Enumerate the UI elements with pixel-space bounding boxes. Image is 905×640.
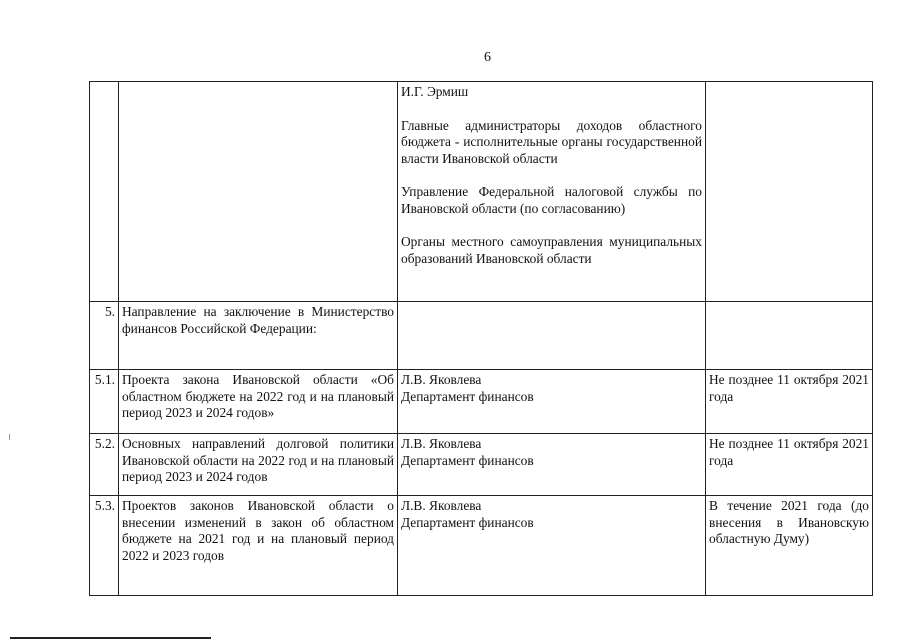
responsible-person: Л.В. Яковлева <box>401 372 702 389</box>
responsible-cell: Л.В. Яковлева Департамент финансов <box>398 370 706 434</box>
responsible-person: И.Г. Эрмиш <box>401 84 702 101</box>
responsible-cell: Л.В. Яковлева Департамент финансов <box>398 434 706 496</box>
responsible-organization: Управление Федеральной налоговой службы … <box>401 184 702 217</box>
row-number-cell: 5. <box>90 302 119 370</box>
term-cell <box>706 82 873 302</box>
term-cell: Не позднее 11 октября 2021 года <box>706 434 873 496</box>
term-cell: В течение 2021 года (до внесения в Ивано… <box>706 496 873 596</box>
term-cell <box>706 302 873 370</box>
responsible-cell <box>398 302 706 370</box>
row-number-cell: 5.2. <box>90 434 119 496</box>
event-cell: Направление на заключение в Министерство… <box>119 302 398 370</box>
event-cell: Основных направлений долговой политики И… <box>119 434 398 496</box>
event-cell <box>119 82 398 302</box>
event-cell: Проектов законов Ивановской области о вн… <box>119 496 398 596</box>
responsible-department: Департамент финансов <box>401 453 702 470</box>
responsible-person: Л.В. Яковлева <box>401 498 702 515</box>
responsible-department: Департамент финансов <box>401 389 702 406</box>
responsible-person: Л.В. Яковлева <box>401 436 702 453</box>
table-row: 5. Направление на заключение в Министерс… <box>90 302 873 370</box>
responsible-cell: Л.В. Яковлева Департамент финансов <box>398 496 706 596</box>
responsible-organization: Органы местного самоуправления муниципал… <box>401 234 702 267</box>
page-number: 6 <box>0 50 905 66</box>
table-row: 5.1. Проекта закона Ивановской области «… <box>90 370 873 434</box>
row-number-cell: 5.1. <box>90 370 119 434</box>
scan-artifact <box>9 434 10 440</box>
row-number-cell <box>90 82 119 302</box>
table-row: 5.2. Основных направлений долговой полит… <box>90 434 873 496</box>
footnote-separator <box>10 637 211 639</box>
responsible-cell: И.Г. Эрмиш Главные администраторы доходо… <box>398 82 706 302</box>
row-number-cell: 5.3. <box>90 496 119 596</box>
term-cell: Не позднее 11 октября 2021 года <box>706 370 873 434</box>
event-cell: Проекта закона Ивановской области «Об об… <box>119 370 398 434</box>
responsible-organization: Главные администраторы доходов областног… <box>401 118 702 168</box>
table-row: И.Г. Эрмиш Главные администраторы доходо… <box>90 82 873 302</box>
plan-table: И.Г. Эрмиш Главные администраторы доходо… <box>89 81 873 596</box>
table-row: 5.3. Проектов законов Ивановской области… <box>90 496 873 596</box>
responsible-department: Департамент финансов <box>401 515 702 532</box>
